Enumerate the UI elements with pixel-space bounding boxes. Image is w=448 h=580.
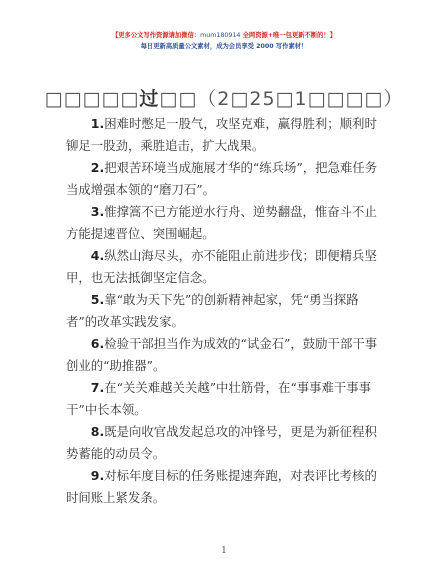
banner-line-2: 每日更新高质量公文素材，成为会员享受 2000 写作素材！ — [0, 41, 448, 52]
item-text: 对标年度目标的任务账提速奔跑，对表评比考核的时间账上紧发条。 — [66, 468, 377, 505]
item-text: 把艰苦环境当成施展才华的“练兵场”，把急难任务当成增强本领的“磨刀石”。 — [66, 160, 377, 197]
item-number: 5. — [91, 292, 104, 307]
list-item: 8.既是向收官战发起总攻的冲锋号，更是为新征程积势蓄能的动员令。 — [66, 421, 386, 465]
banner-line-1-right: 全网资源+唯一包更新不断的！】 — [240, 32, 336, 39]
item-text: 纵然山海尽头，亦不能阻止前进步伐；即便精兵坚甲，也无法抵御坚定信念。 — [66, 248, 377, 285]
watermark-banner: 【更多公文写作资源请加微信：mum180914 全网资源+唯一包更新不断的！】 … — [0, 30, 448, 52]
document-title: □□□□□过□□（2□25□1□□□□） — [0, 84, 448, 111]
document-body: 1.困难时憋足一股气，攻坚克难，赢得胜利；顺利时铆足一股劲，乘胜追击，扩大战果。… — [66, 113, 386, 509]
banner-line-1: 【更多公文写作资源请加微信：mum180914 全网资源+唯一包更新不断的！】 — [0, 30, 448, 41]
item-number: 8. — [91, 424, 104, 439]
item-text: 困难时憋足一股气，攻坚克难，赢得胜利；顺利时铆足一股劲，乘胜追击，扩大战果。 — [66, 116, 377, 153]
page-number: 1 — [0, 546, 448, 556]
item-text: 检验干部担当作为成效的“试金石”，鼓励干部干事创业的“助推器”。 — [66, 336, 377, 373]
list-item: 2.把艰苦环境当成施展才华的“练兵场”，把急难任务当成增强本领的“磨刀石”。 — [66, 157, 386, 201]
list-item: 5.靠“敢为天下先”的创新精神起家，凭“勇当探路者”的改革实践发家。 — [66, 289, 386, 333]
item-text: 靠“敢为天下先”的创新精神起家，凭“勇当探路者”的改革实践发家。 — [66, 292, 359, 329]
item-number: 6. — [91, 336, 104, 351]
list-item: 9.对标年度目标的任务账提速奔跑，对表评比考核的时间账上紧发条。 — [66, 465, 386, 509]
item-number: 1. — [91, 116, 104, 131]
title-suffix: □□（2□25□1□□□□） — [159, 88, 403, 110]
list-item: 3.惟撑篙不已方能逆水行舟、逆势翻盘，惟奋斗不止方能提速晋位、突围崛起。 — [66, 201, 386, 245]
banner-line-1-left: 【更多公文写作资源请加微信： — [112, 32, 200, 39]
item-number: 9. — [91, 468, 104, 483]
banner-wechat-id: mum180914 — [200, 32, 240, 39]
item-number: 7. — [91, 380, 104, 395]
title-bold-char: 过 — [139, 88, 159, 110]
list-item: 4.纵然山海尽头，亦不能阻止前进步伐；即便精兵坚甲，也无法抵御坚定信念。 — [66, 245, 386, 289]
item-number: 4. — [91, 248, 104, 263]
item-number: 3. — [91, 204, 104, 219]
title-prefix: □□□□□ — [45, 88, 140, 110]
item-text: 惟撑篙不已方能逆水行舟、逆势翻盘，惟奋斗不止方能提速晋位、突围崛起。 — [66, 204, 377, 241]
item-text: 在“关关难越关关越”中壮筋骨，在“事事难干事事干”中长本领。 — [66, 380, 371, 417]
list-item: 6.检验干部担当作为成效的“试金石”，鼓励干部干事创业的“助推器”。 — [66, 333, 386, 377]
item-number: 2. — [91, 160, 104, 175]
item-text: 既是向收官战发起总攻的冲锋号，更是为新征程积势蓄能的动员令。 — [66, 424, 377, 461]
list-item: 1.困难时憋足一股气，攻坚克难，赢得胜利；顺利时铆足一股劲，乘胜追击，扩大战果。 — [66, 113, 386, 157]
list-item: 7.在“关关难越关关越”中壮筋骨，在“事事难干事事干”中长本领。 — [66, 377, 386, 421]
